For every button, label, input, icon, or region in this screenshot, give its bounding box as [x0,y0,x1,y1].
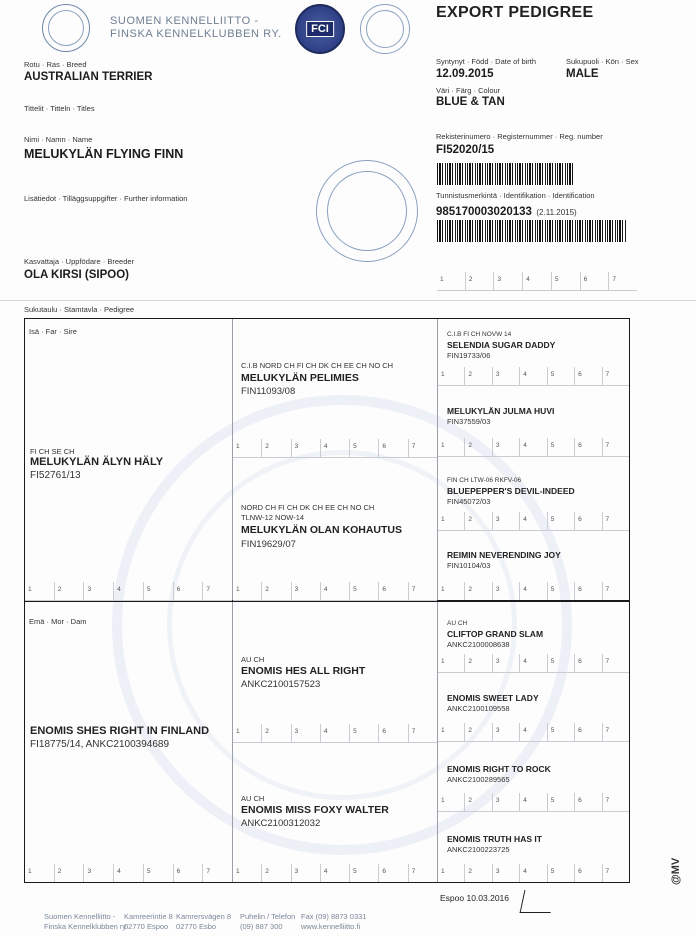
dam-reg: FI18775/14, ANKC2100394689 [30,739,169,750]
footer-col-3: Kamrersvägen 8 02770 Esbo [176,912,231,932]
dss-reg: ANKC2100008638 [447,640,510,649]
rating-cell-2: 2 [464,654,491,672]
rating-cell-2: 2 [464,793,491,811]
rating-cell-4: 4 [320,439,349,457]
rating-cell-1: 1 [438,654,464,672]
rating-cell-3: 3 [83,864,113,882]
rating-cell-6: 6 [574,793,601,811]
dsd-rating-row: 1234567 [438,723,629,742]
rating-cell-5: 5 [349,439,378,457]
dam-dam-titles: AU CH [241,794,264,803]
rating-cell-7: 7 [602,864,629,882]
name-label: Nimi · Namn · Name [24,135,92,144]
rating-cell-4: 4 [320,724,349,742]
dsd-reg: ANKC2100109558 [447,704,510,713]
rating-cell-6: 6 [574,864,601,882]
rating-cell-2: 2 [261,582,290,600]
rating-cell-4: 4 [519,654,546,672]
side-mark: @MV [670,858,682,885]
dam-sire-titles: AU CH [241,655,264,664]
rating-cell-2: 2 [54,864,84,882]
colour-value: BLUE & TAN [436,96,505,108]
nordic-kennel-union-logo-icon [360,4,410,54]
footer-col-1: Suomen Kennelliitto - Finska Kennelklubb… [44,912,126,932]
rating-cell-5: 5 [547,367,574,385]
sire-label: Isä · Far · Sire [29,327,77,336]
rating-cell-7: 7 [602,723,629,741]
rating-cell-1: 1 [438,367,464,385]
reg-number-barcode [437,163,574,185]
rating-cell-2: 2 [464,723,491,741]
sire-titles: FI CH SE CH [30,447,75,456]
rating-cell-5: 5 [547,438,574,456]
main-dog-rating-row: 1234567 [437,272,637,291]
rating-cell-7: 7 [602,654,629,672]
rating-cell-1: 1 [25,582,54,600]
rating-cell-4: 4 [522,272,551,290]
rating-cell-7: 7 [202,864,232,882]
dam-name: ENOMIS SHES RIGHT IN FINLAND [30,725,209,737]
rating-cell-4: 4 [519,367,546,385]
rating-cell-5: 5 [349,724,378,742]
rating-cell-1: 1 [438,793,464,811]
dds-reg: ANKC2100289565 [447,775,510,784]
rating-cell-6: 6 [574,512,601,530]
rating-cell-5: 5 [143,864,173,882]
rating-cell-6: 6 [574,582,601,600]
rating-cell-4: 4 [113,582,143,600]
rating-cell-4: 4 [320,582,349,600]
sss-name: SELENDIA SUGAR DADDY [447,340,555,350]
rating-cell-3: 3 [492,512,519,530]
reg-number-label: Rekisterinumero · Registernummer · Reg. … [436,132,603,141]
sire-rating-row: 1234567 [25,582,232,601]
rating-cell-3: 3 [493,272,522,290]
rating-cell-6: 6 [378,864,407,882]
rating-cell-2: 2 [464,512,491,530]
rating-cell-6: 6 [574,723,601,741]
rating-cell-7: 7 [408,582,437,600]
rating-cell-1: 1 [438,723,464,741]
rating-cell-6: 6 [580,272,609,290]
kennel-club-seal-icon [42,4,90,52]
sire-dam-name: MELUKYLÄN OLAN KOHAUTUS [241,524,402,536]
rating-cell-5: 5 [143,582,173,600]
rating-cell-6: 6 [574,438,601,456]
signature-mark [520,890,556,913]
sire-sire-name: MELUKYLÄN PELIMIES [241,372,359,384]
rating-cell-1: 1 [233,439,261,457]
rating-cell-5: 5 [547,582,574,600]
rating-cell-3: 3 [492,654,519,672]
rating-cell-5: 5 [551,272,580,290]
rating-cell-3: 3 [291,582,320,600]
rating-cell-3: 3 [291,864,320,882]
rating-cell-7: 7 [202,582,232,600]
rating-cell-5: 5 [547,864,574,882]
dog-name-value: MELUKYLÄN FLYING FINN [24,147,183,161]
rating-cell-4: 4 [519,864,546,882]
sdd-reg: FIN10104/03 [447,561,490,570]
rating-cell-2: 2 [464,864,491,882]
rating-cell-2: 2 [261,439,290,457]
org-line-2: FINSKA KENNELKLUBBEN RY. [110,28,282,41]
rating-cell-6: 6 [173,582,203,600]
rating-cell-4: 4 [519,793,546,811]
sds-reg: FIN45072/03 [447,497,490,506]
rating-cell-5: 5 [547,654,574,672]
ssd-reg: FIN37559/03 [447,417,490,426]
organization-name: SUOMEN KENNELLIITTO - FINSKA KENNELKLUBB… [110,15,282,41]
dam-dam-name: ENOMIS MISS FOXY WALTER [241,804,389,816]
rating-cell-6: 6 [173,864,203,882]
further-info-label: Lisätiedot · Tilläggsuppgifter · Further… [24,194,187,203]
rating-cell-4: 4 [320,864,349,882]
dob-label: Syntynyt · Född · Date of birth [436,57,536,66]
rating-cell-7: 7 [602,512,629,530]
footer-col-3-line-1: Kamrersvägen 8 [176,912,231,922]
footer-col-2: Kamreerintie 8 02770 Espoo [124,912,173,932]
rating-cell-4: 4 [519,723,546,741]
sire-sire-titles: C.I.B NORD CH FI CH DK CH EE CH NO CH [241,361,393,370]
footer-col-5: Fax (09) 8873 0331 www.kennelliitto.fi [301,912,366,932]
rating-cell-3: 3 [492,864,519,882]
footer-col-1-line-1: Suomen Kennelliitto - [44,912,126,922]
rating-cell-3: 3 [492,723,519,741]
dam-sire-rating-row: 1234567 [233,724,437,743]
footer-col-5-line-2: www.kennelliitto.fi [301,922,366,932]
sdd-name: REIMIN NEVERENDING JOY [447,550,561,560]
sds-name: BLUEPEPPER'S DEVIL-INDEED [447,486,575,496]
breeder-value: OLA KIRSI (SIPOO) [24,269,129,281]
titles-label: Tittelit · Titteln · Titles [24,104,95,113]
sss-rating-row: 1234567 [438,367,629,386]
rating-cell-6: 6 [378,582,407,600]
rating-cell-7: 7 [408,724,437,742]
ddd-reg: ANKC2100223725 [447,845,510,854]
dss-name: CLIFTOP GRAND SLAM [447,629,543,639]
rating-cell-7: 7 [408,439,437,457]
rating-cell-2: 2 [464,438,491,456]
identification-row: 985170003020133 (2.11.2015) [436,202,577,220]
sire-dam-reg: FIN19629/07 [241,539,296,550]
rating-cell-3: 3 [492,793,519,811]
rating-cell-3: 3 [492,438,519,456]
rating-cell-1: 1 [438,438,464,456]
rating-cell-1: 1 [437,272,465,290]
rating-cell-5: 5 [547,793,574,811]
rating-cell-3: 3 [291,724,320,742]
sex-value: MALE [566,68,599,80]
rating-cell-7: 7 [408,864,437,882]
dob-value: 12.09.2015 [436,68,494,80]
rating-cell-7: 7 [602,438,629,456]
sss-titles: C.I.B FI CH NOVW 14 [447,331,511,338]
identification-value: 985170003020133 [436,206,532,218]
rating-cell-4: 4 [519,512,546,530]
kennel-club-stamp-icon [316,160,418,262]
rating-cell-2: 2 [54,582,84,600]
rating-cell-1: 1 [438,582,464,600]
dam-dam-reg: ANKC2100312032 [241,818,320,829]
rating-cell-7: 7 [602,367,629,385]
dss-titles: AU CH [447,620,467,627]
ddd-name: ENOMIS TRUTH HAS IT [447,834,542,844]
sds-titles: FIN CH LTW-06 RKFV-06 [447,477,521,484]
rating-cell-1: 1 [233,724,261,742]
identification-barcode [437,220,626,242]
breed-label: Rotu · Ras · Breed [24,60,87,69]
fci-logo-icon: FCI [295,4,345,54]
footer-col-1-line-2: Finska Kennelklubben ry [44,922,126,932]
dsd-name: ENOMIS SWEET LADY [447,693,539,703]
sire-sire-reg: FIN11093/08 [241,386,295,397]
rating-cell-1: 1 [233,582,261,600]
dam-sire-name: ENOMIS HES ALL RIGHT [241,665,365,677]
rating-cell-2: 2 [465,272,494,290]
footer-col-2-line-2: 02770 Espoo [124,922,173,932]
dam-sire-reg: ANKC2100157523 [241,679,320,690]
org-line-1: SUOMEN KENNELLIITTO - [110,15,282,28]
rating-cell-2: 2 [464,367,491,385]
footer-col-4-line-2: (09) 887 300 [240,922,295,932]
sire-reg: FI52761/13 [30,470,81,481]
rating-cell-2: 2 [261,864,290,882]
rating-cell-7: 7 [602,582,629,600]
pedigree-section-label: Sukutaulu · Stamtavla · Pedigree [24,305,134,314]
breed-value: AUSTRALIAN TERRIER [24,71,152,83]
rating-cell-5: 5 [547,723,574,741]
sdd-rating-row: 1234567 [438,582,629,600]
sire-dam-titles: NORD CH FI CH DK CH EE CH NO CH [241,503,374,512]
sds-rating-row: 1234567 [438,512,629,531]
footer-col-2-line-1: Kamreerintie 8 [124,912,173,922]
sire-name: MELUKYLÄN ÄLYN HÄLY [30,456,163,468]
document-title: EXPORT PEDIGREE [436,4,593,22]
rating-cell-3: 3 [83,582,113,600]
ssd-name: MELUKYLÄN JULMA HUVI [447,406,554,416]
sire-sire-rating-row: 1234567 [233,439,437,458]
colour-label: Väri · Färg · Colour [436,86,500,95]
sire-dam-rating-row: 1234567 [233,582,437,601]
rating-cell-3: 3 [492,582,519,600]
sss-reg: FIN19733/06 [447,351,490,360]
rating-cell-1: 1 [438,864,464,882]
footer-col-4-line-1: Puhelin / Telefon [240,912,295,922]
breeder-label: Kasvattaja · Uppfödare · Breeder [24,257,134,266]
rating-cell-1: 1 [438,512,464,530]
footer-col-4: Puhelin / Telefon (09) 887 300 [240,912,295,932]
rating-cell-6: 6 [574,654,601,672]
footer-col-5-line-1: Fax (09) 8873 0331 [301,912,366,922]
rating-cell-2: 2 [261,724,290,742]
rating-cell-2: 2 [464,582,491,600]
rating-cell-6: 6 [378,724,407,742]
rating-cell-4: 4 [113,864,143,882]
identification-date: (2.11.2015) [536,208,576,217]
rating-cell-3: 3 [492,367,519,385]
reg-number-value: FI52020/15 [436,144,494,156]
rating-cell-6: 6 [574,367,601,385]
signature-place-date: Espoo 10.03.2016 [440,893,509,903]
identification-label: Tunnistusmerkintä · Identifikation · Ide… [436,191,595,200]
rating-cell-4: 4 [519,438,546,456]
rating-cell-7: 7 [602,793,629,811]
dam-dam-rating-row: 1234567 [233,864,437,882]
sire-dam-titles-2: TLNW-12 NOW-14 [241,513,304,522]
rating-cell-1: 1 [25,864,54,882]
footer-col-3-line-2: 02770 Esbo [176,922,231,932]
sex-label: Sukupuoli · Kön · Sex [566,57,639,66]
fci-label: FCI [306,21,334,37]
dam-rating-row: 1234567 [25,864,232,882]
rating-cell-5: 5 [547,512,574,530]
rating-cell-6: 6 [378,439,407,457]
rating-cell-1: 1 [233,864,261,882]
rating-cell-5: 5 [349,582,378,600]
dds-name: ENOMIS RIGHT TO ROCK [447,764,551,774]
header-divider [0,300,696,301]
ddd-rating-row: 1234567 [438,864,629,882]
rating-cell-7: 7 [608,272,637,290]
ssd-rating-row: 1234567 [438,438,629,457]
rating-cell-4: 4 [519,582,546,600]
dss-rating-row: 1234567 [438,654,629,673]
rating-cell-3: 3 [291,439,320,457]
dam-label: Emä · Mor · Dam [29,617,87,626]
rating-cell-5: 5 [349,864,378,882]
dds-rating-row: 1234567 [438,793,629,812]
